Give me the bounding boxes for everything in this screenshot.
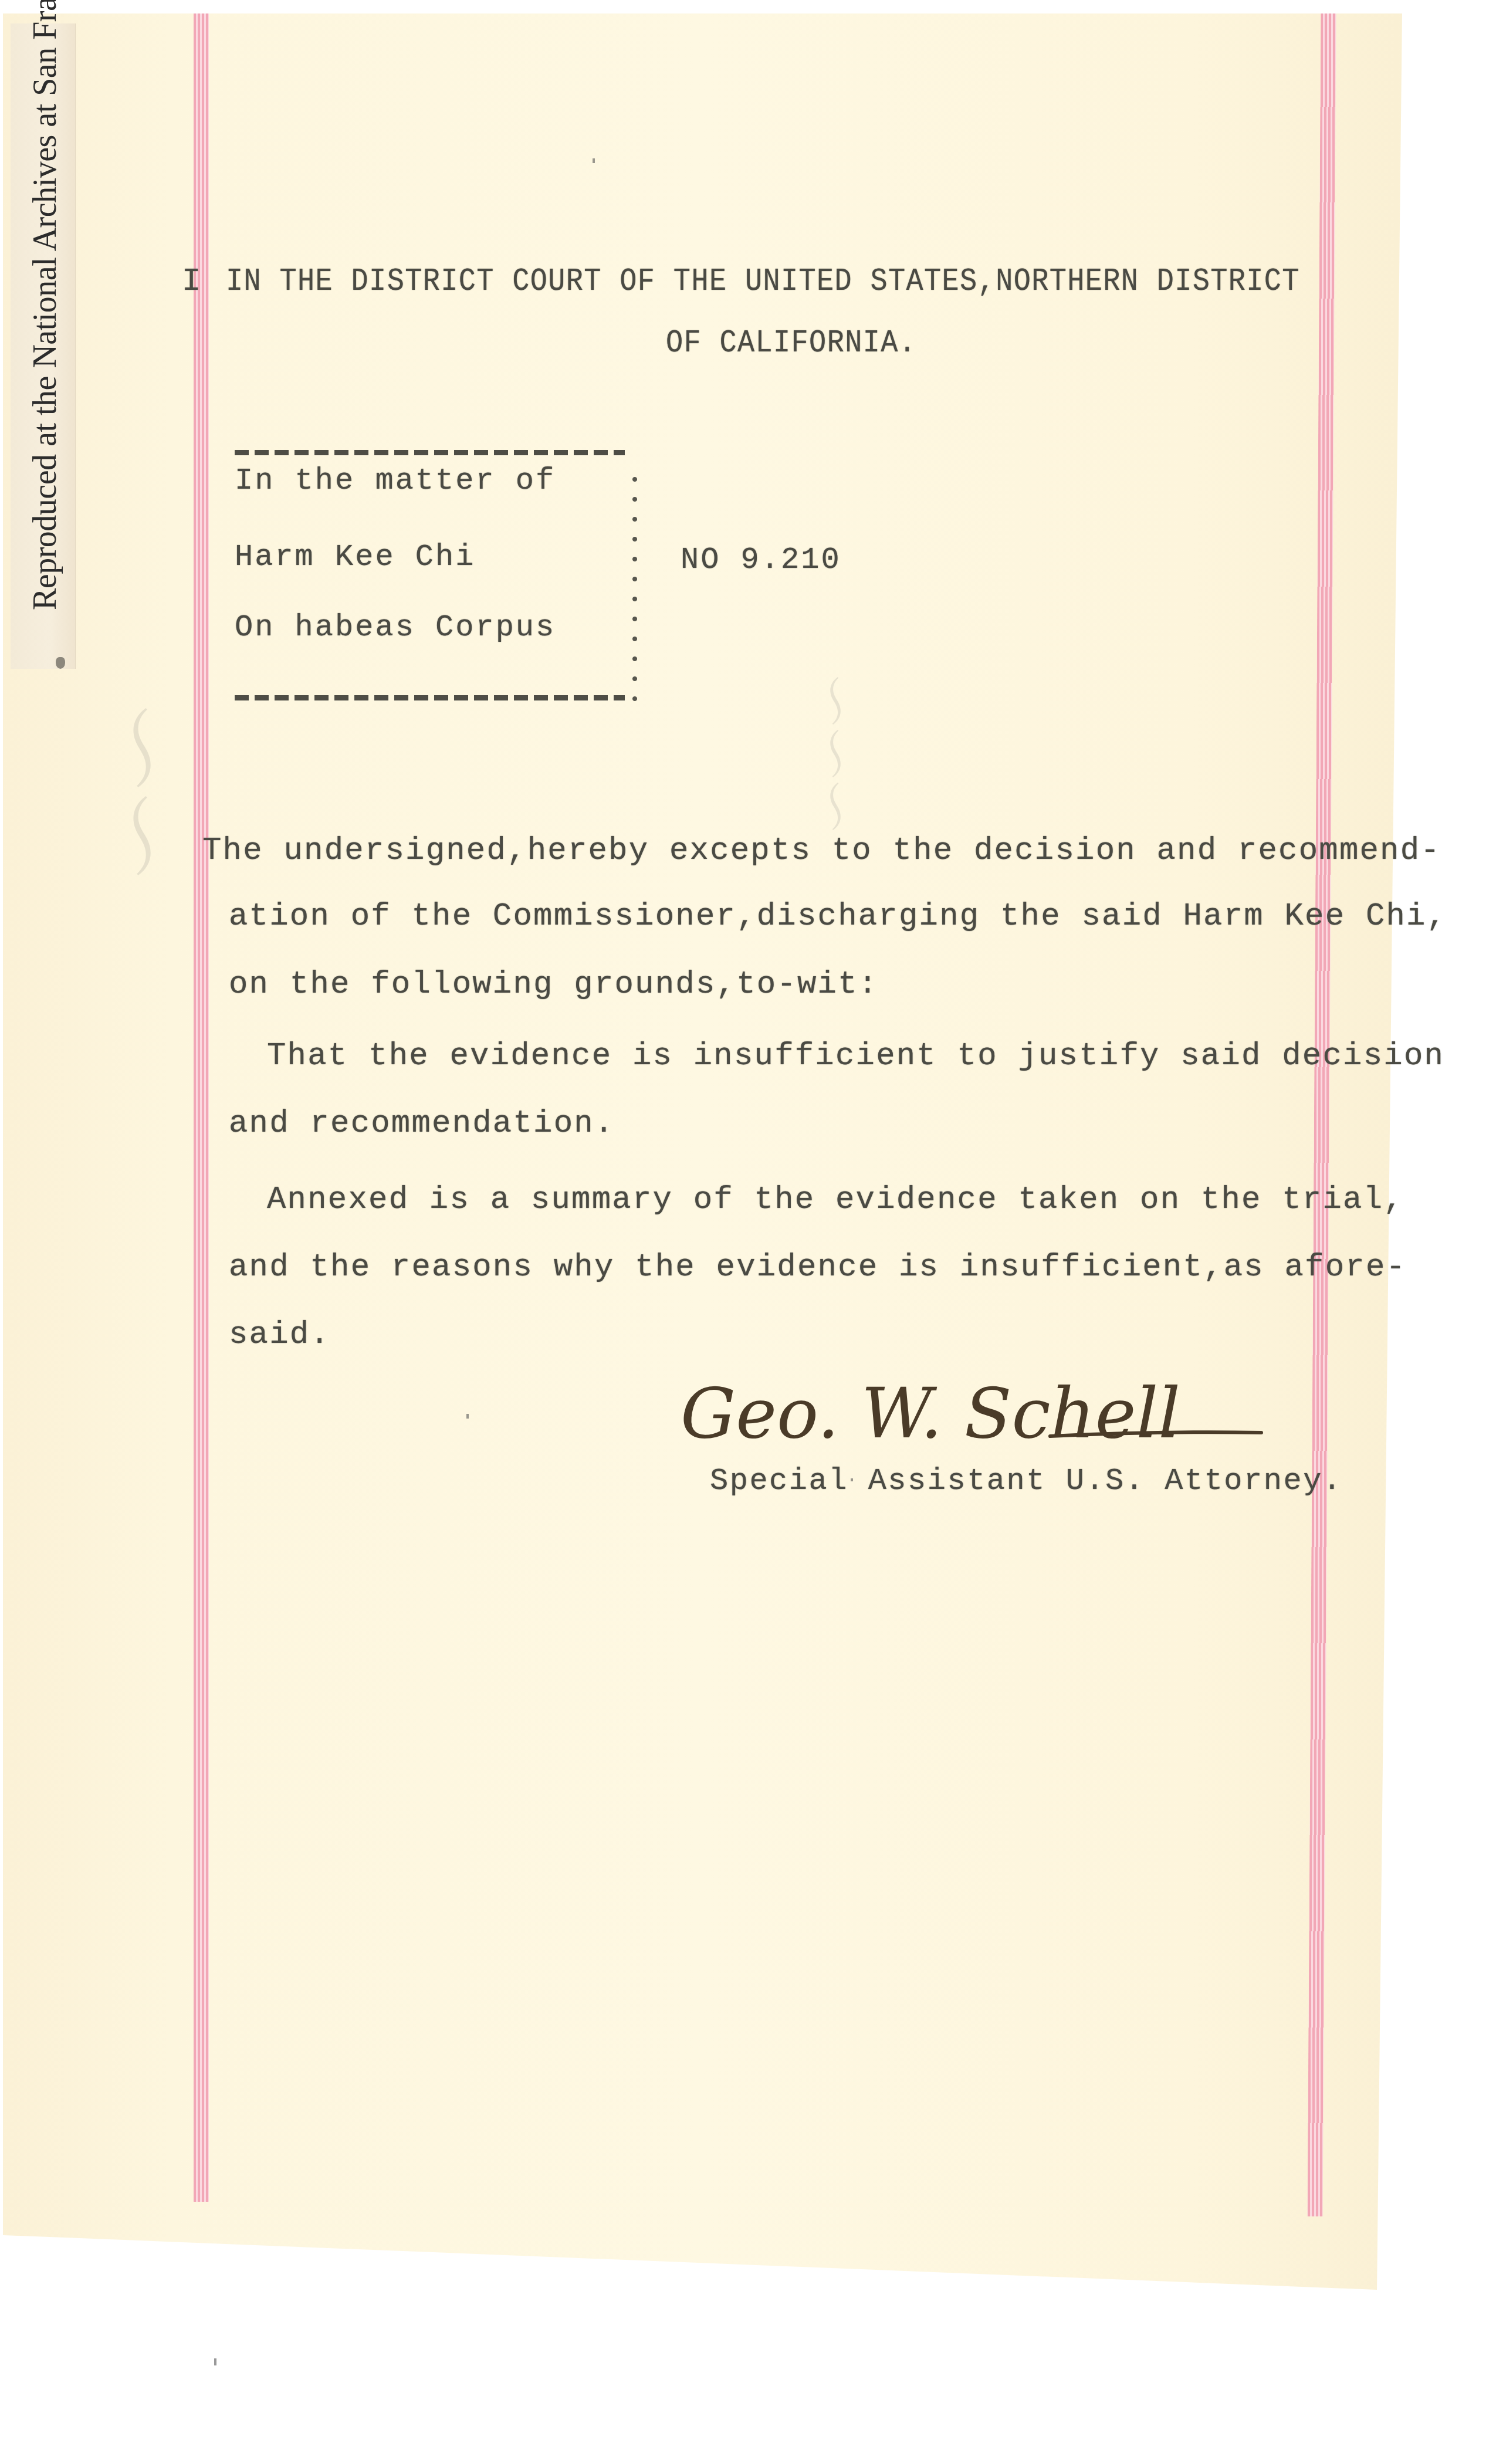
body-line: The undersigned,hereby excepts to the de… [202, 833, 1441, 869]
signature-text: Geo. W. Schell [681, 1373, 1180, 1454]
body-line: and the reasons why the evidence is insu… [229, 1250, 1406, 1285]
caption-colon-divider [631, 469, 639, 710]
caption-line-3: On habeas Corpus [235, 610, 556, 645]
body-line: That the evidence is insufficient to jus… [267, 1038, 1444, 1074]
paper-speck [851, 1478, 853, 1481]
caption-line-2: Harm Kee Chi [235, 540, 475, 574]
body-line: said. [229, 1317, 330, 1353]
pin-icon [56, 657, 65, 669]
left-margin-rule [194, 13, 209, 2202]
signer-title: Special Assistant U.S. Attorney. [710, 1464, 1343, 1498]
signature: Geo. W. Schell [675, 1367, 1273, 1467]
paper-speck [593, 158, 595, 163]
caption-line-1: In the matter of [235, 463, 556, 498]
body-line: ation of the Commissioner,discharging th… [229, 899, 1447, 935]
margin-mark: I [182, 264, 202, 300]
caption-top-border [235, 450, 625, 455]
body-line: on the following grounds,to-wit: [229, 967, 878, 1003]
body-line: and recommendation. [229, 1106, 615, 1142]
court-header-line-2: OF CALIFORNIA. [666, 326, 916, 361]
caption-bottom-border [235, 695, 625, 700]
body-line: Annexed is a summary of the evidence tak… [267, 1182, 1404, 1218]
archive-label: Reproduced at the National Archives at S… [26, 0, 64, 610]
paper-speck [466, 1414, 469, 1419]
paper-speck [214, 2358, 216, 2365]
court-header-line-1: IN THE DISTRICT COURT OF THE UNITED STAT… [226, 264, 1300, 300]
case-number: NO 9.210 [681, 543, 841, 577]
